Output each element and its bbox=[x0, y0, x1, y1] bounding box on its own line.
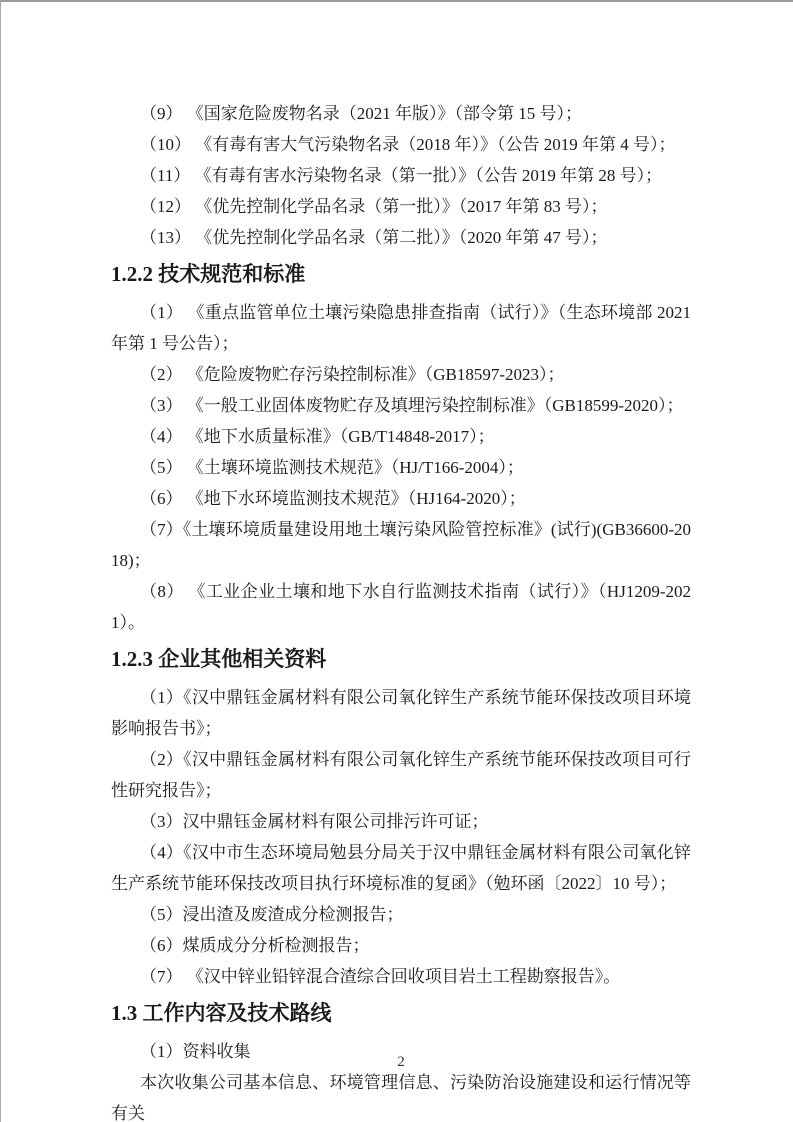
work-body-paragraph: 本次收集公司基本信息、环境管理信息、污染防治设施建设和运行情况等有关 bbox=[111, 1067, 691, 1122]
company-doc-item: （2）《汉中鼎钰金属材料有限公司氧化锌生产系统节能环保技改项目可行性研究报告》； bbox=[111, 744, 691, 806]
document-body: （9） 《国家危险废物名录（2021 年版）》（部令第 15 号）； （10） … bbox=[111, 98, 691, 1122]
regulation-item: （10） 《有毒有害大气污染物名录（2018 年）》（公告 2019 年第 4 … bbox=[111, 129, 691, 160]
standard-item: （8） 《工业企业土壤和地下水自行监测技术指南（试行）》（HJ1209-2021… bbox=[111, 576, 691, 638]
regulation-item: （11） 《有毒有害水污染物名录（第一批）》（公告 2019 年第 28 号）； bbox=[111, 160, 691, 191]
company-doc-item: （1）《汉中鼎钰金属材料有限公司氧化锌生产系统节能环保技改项目环境影响报告书》； bbox=[111, 682, 691, 744]
company-doc-item: （3）汉中鼎钰金属材料有限公司排污许可证； bbox=[111, 806, 691, 837]
section-standards-list: （1） 《重点监管单位土壤污染隐患排查指南（试行）》（生态环境部 2021 年第… bbox=[111, 297, 691, 638]
standard-item: （1） 《重点监管单位土壤污染隐患排查指南（试行）》（生态环境部 2021 年第… bbox=[111, 297, 691, 359]
section-regulation-list: （9） 《国家危险废物名录（2021 年版）》（部令第 15 号）； （10） … bbox=[111, 98, 691, 253]
document-page: { "page": { "background": "#ffffff", "te… bbox=[0, 0, 793, 1122]
section-heading-1-3: 1.3 工作内容及技术路线 bbox=[111, 998, 691, 1028]
section-heading-1-2-3: 1.2.3 企业其他相关资料 bbox=[111, 644, 691, 674]
regulation-item: （12） 《优先控制化学品名录（第一批）》（2017 年第 83 号）； bbox=[111, 191, 691, 222]
page-number: 2 bbox=[111, 1054, 691, 1071]
standard-item: （2） 《危险废物贮存污染控制标准》（GB18597-2023）； bbox=[111, 359, 691, 390]
regulation-item: （9） 《国家危险废物名录（2021 年版）》（部令第 15 号）； bbox=[111, 98, 691, 129]
section-work-content: （1）资料收集 本次收集公司基本信息、环境管理信息、污染防治设施建设和运行情况等… bbox=[111, 1036, 691, 1122]
company-doc-item: （4）《汉中市生态环境局勉县分局关于汉中鼎钰金属材料有限公司氧化锌生产系统节能环… bbox=[111, 837, 691, 899]
section-company-docs-list: （1）《汉中鼎钰金属材料有限公司氧化锌生产系统节能环保技改项目环境影响报告书》；… bbox=[111, 682, 691, 992]
standard-item: （4） 《地下水质量标准》（GB/T14848-2017）； bbox=[111, 421, 691, 452]
standard-item: （3） 《一般工业固体废物贮存及填埋污染控制标准》（GB18599-2020）； bbox=[111, 390, 691, 421]
standard-item: （6） 《地下水环境监测技术规范》（HJ164-2020）； bbox=[111, 483, 691, 514]
section-heading-1-2-2: 1.2.2 技术规范和标准 bbox=[111, 259, 691, 289]
company-doc-item: （5）浸出渣及废渣成分检测报告； bbox=[111, 899, 691, 930]
company-doc-item: （6）煤质成分分析检测报告； bbox=[111, 930, 691, 961]
standard-item: （5） 《土壤环境监测技术规范》（HJ/T166-2004）； bbox=[111, 452, 691, 483]
standard-item: （7）《土壤环境质量建设用地土壤污染风险管控标准》(试行)(GB36600-20… bbox=[111, 514, 691, 576]
regulation-item: （13） 《优先控制化学品名录（第二批）》（2020 年第 47 号）； bbox=[111, 222, 691, 253]
company-doc-item: （7） 《汉中锌业铅锌混合渣综合回收项目岩土工程勘察报告》。 bbox=[111, 961, 691, 992]
